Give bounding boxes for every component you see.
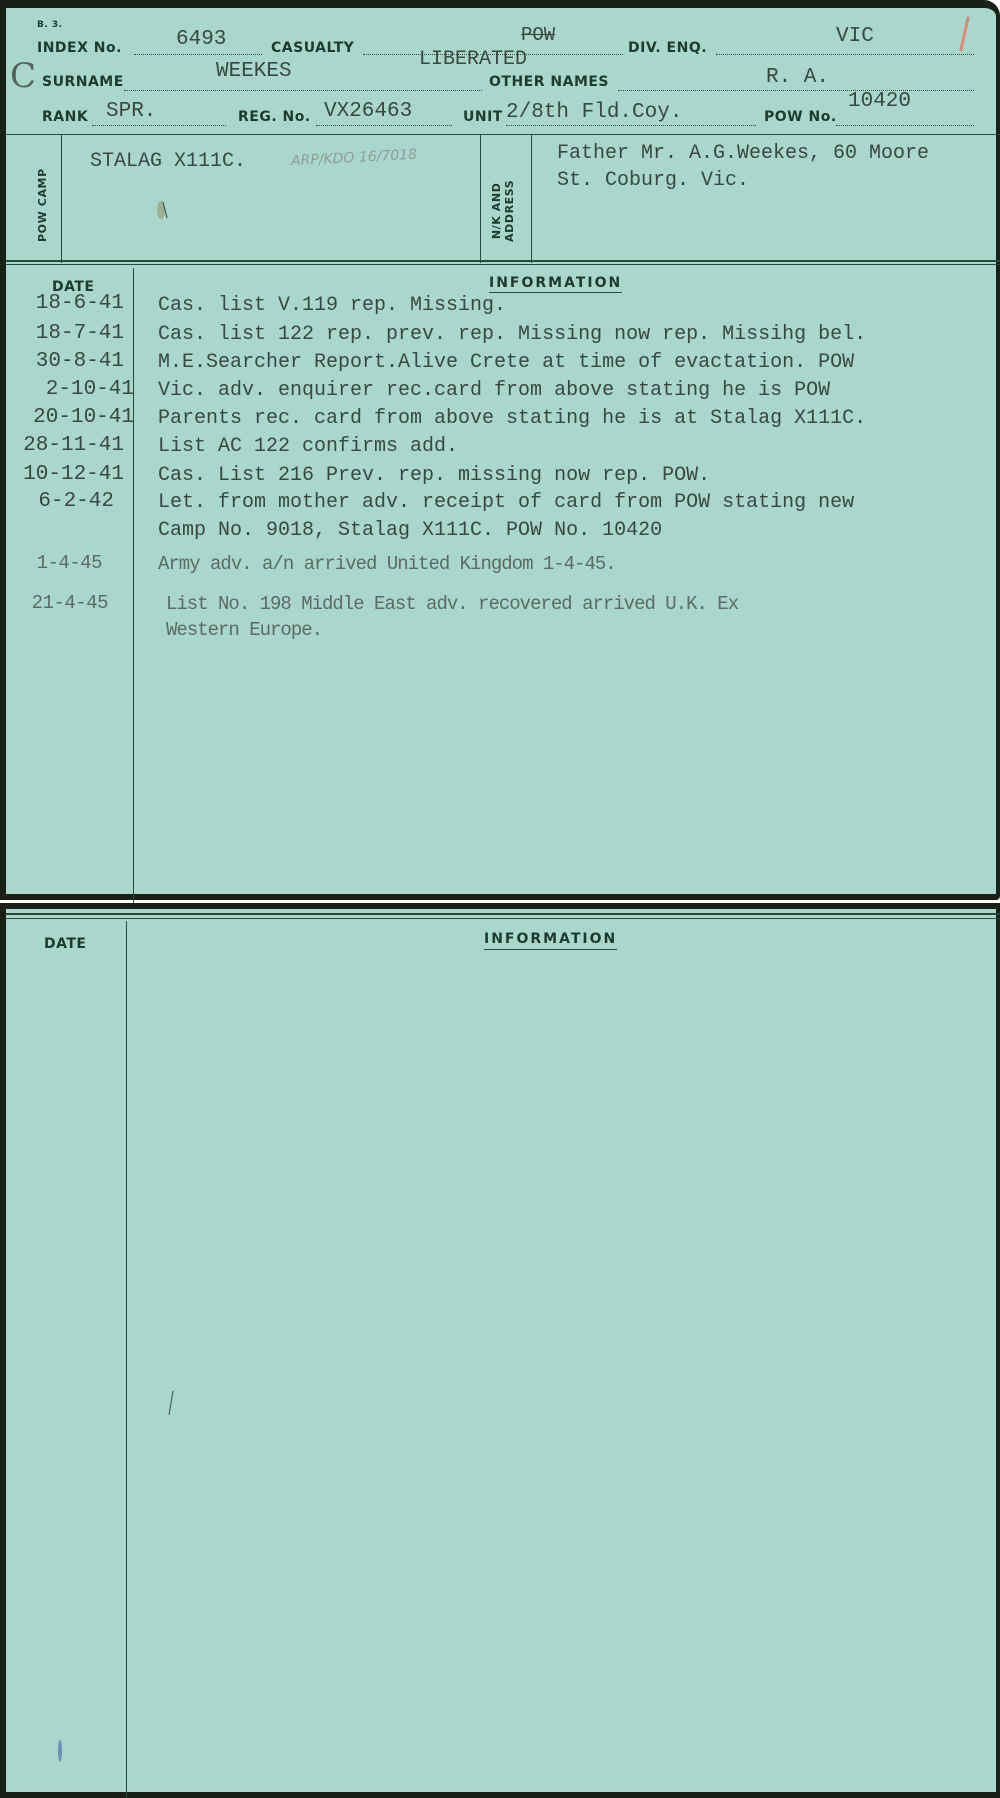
log-entry-text: Cas. List 216 Prev. rep. missing now rep… <box>158 464 710 487</box>
rank-label: RANK <box>42 109 88 125</box>
log-entry-text: Army adv. a/n arrived United Kingdom 1-4… <box>158 553 616 575</box>
log-entry-text: Cas. list 122 rep. prev. rep. Missing no… <box>158 323 866 346</box>
log-entry-text: Parents rec. card from above stating he … <box>158 407 866 430</box>
log-entry-text: Cas. list V.119 rep. Missing. <box>158 294 506 317</box>
div-enq-value: VIC <box>836 25 874 48</box>
log-entry-date: 2-10-41 <box>16 378 134 401</box>
pow-no-value: 10420 <box>848 90 911 113</box>
surname-dotted-line <box>124 90 482 91</box>
log-entry-text-continuation: Camp No. 9018, Stalag X111C. POW No. 104… <box>158 519 662 542</box>
card-back: DATE INFORMATION <box>0 903 1000 1798</box>
index-no-value: 6493 <box>176 28 226 51</box>
card-front: B. 3. INDEX No. 6493 CASUALTY POW LIBERA… <box>0 0 1000 900</box>
log-entry-date: 21-4-45 <box>6 592 108 614</box>
log-entry-text-continuation: Western Europe. <box>166 619 322 641</box>
back-double-rule-top <box>6 913 1000 915</box>
index-no-dotted-line <box>134 54 262 55</box>
rank-value: SPR. <box>106 100 156 123</box>
log-date-column-divider <box>133 268 134 908</box>
log-entry-date: 30-8-41 <box>6 350 124 373</box>
nok-address-line-1: Father Mr. A.G.Weekes, 60 Moore <box>557 142 929 165</box>
nok-address-label-line2: ADDRESS <box>503 180 516 242</box>
form-code: B. 3. <box>37 20 63 30</box>
other-names-dotted-line <box>618 90 974 91</box>
other-names-value: R. A. <box>766 66 829 89</box>
reg-no-label: REG. No. <box>238 109 311 125</box>
nok-label-divider-left <box>480 135 481 263</box>
index-no-label: INDEX No. <box>37 40 122 56</box>
reg-no-value: VX26463 <box>324 100 412 123</box>
nok-label-divider-right <box>531 135 532 263</box>
red-pencil-tick-icon <box>956 16 972 54</box>
log-entry-date: 6-2-42 <box>6 490 114 513</box>
nok-address-label: N/K AND ADDRESS <box>490 180 516 242</box>
div-enq-dotted-line <box>716 54 974 55</box>
other-names-label: OTHER NAMES <box>489 74 609 90</box>
surname-label: SURNAME <box>42 74 124 90</box>
log-entry-date: 20-10-41 <box>16 406 134 429</box>
log-info-header: INFORMATION <box>489 275 622 293</box>
back-date-column-divider <box>126 921 127 1798</box>
div-enq-label: DIV. ENQ. <box>628 40 707 56</box>
pow-no-label: POW No. <box>764 109 837 125</box>
pencil-mark-icon <box>166 1389 176 1419</box>
log-entry-date: 18-7-41 <box>6 322 124 345</box>
log-entry-date: 28-11-41 <box>6 434 124 457</box>
pow-no-dotted-line <box>836 125 974 126</box>
log-double-rule-top <box>6 260 1000 262</box>
pow-camp-divider <box>61 135 62 263</box>
header-divider <box>6 134 1000 135</box>
surname-margin-mark: C <box>10 56 36 96</box>
surname-value: WEEKES <box>216 60 292 83</box>
rank-dotted-line <box>92 125 226 126</box>
nok-address-line-2: St. Coburg. Vic. <box>557 169 749 192</box>
log-entry-date: 1-4-45 <box>6 552 102 574</box>
unit-dotted-line <box>506 125 756 126</box>
back-double-rule-bottom <box>6 918 1000 919</box>
reg-no-dotted-line <box>316 125 452 126</box>
log-entry-text: Let. from mother adv. receipt of card fr… <box>158 491 854 514</box>
casualty-label: CASUALTY <box>271 40 354 56</box>
casualty-value: LIBERATED <box>419 48 527 71</box>
unit-value: 2/8th Fld.Coy. <box>506 101 682 124</box>
pow-camp-value: STALAG X111C. <box>90 150 246 173</box>
log-entry-date: 18-6-41 <box>6 292 124 315</box>
nok-address-label-line1: N/K AND <box>490 180 503 242</box>
back-info-header: INFORMATION <box>484 931 617 950</box>
log-entry-text: Vic. adv. enquirer rec.card from above s… <box>158 379 830 402</box>
pow-camp-handwritten-note: ARP/KDO 16/7018 <box>291 147 418 170</box>
log-entry-text: List No. 198 Middle East adv. recovered … <box>166 593 738 615</box>
pow-camp-label: POW CAMP <box>36 168 49 242</box>
log-entry-text: M.E.Searcher Report.Alive Crete at time … <box>158 351 854 374</box>
log-double-rule-bottom <box>6 264 1000 265</box>
ink-smudge-icon <box>154 196 170 226</box>
casualty-struck-value: POW <box>521 24 555 46</box>
blue-ink-mark-icon <box>56 1737 64 1765</box>
back-date-header: DATE <box>44 936 86 952</box>
log-entry-date: 10-12-41 <box>6 463 124 486</box>
log-entry-text: List AC 122 confirms add. <box>158 435 458 458</box>
unit-label: UNIT <box>463 109 503 125</box>
